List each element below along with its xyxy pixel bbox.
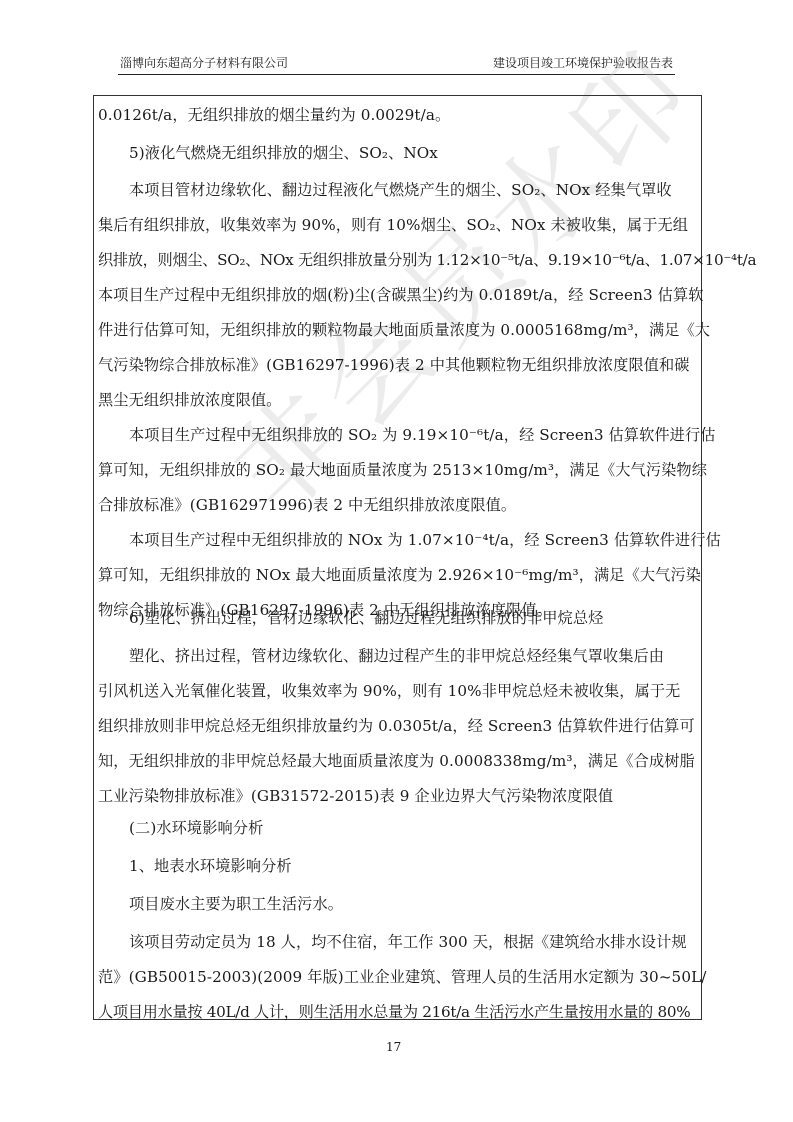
heading-lpg-combustion: 5)液化气燃烧无组织排放的烟尘、SO₂、NOx bbox=[98, 136, 698, 171]
paragraph-so2: 本项目生产过程中无组织排放的 SO₂ 为 9.19×10⁻⁶t/a，经 Scre… bbox=[98, 418, 698, 523]
heading-nmhc: 6)塑化、挤出过程，管材边缘软化、翻边过程无组织排放的非甲烷总烃 bbox=[98, 601, 698, 636]
section-heading: 6)塑化、挤出过程，管材边缘软化、翻边过程无组织排放的非甲烷总烃 bbox=[98, 601, 698, 636]
text-line: 组织排放则非甲烷总烃无组织排放量约为 0.0305t/a，经 Screen3 估… bbox=[98, 709, 698, 744]
text-line: 本项目生产过程中无组织排放的烟(粉)尘(含碳黑尘)约为 0.0189t/a，经 … bbox=[98, 278, 698, 313]
content-box: 0.0126t/a，无组织排放的烟尘量约为 0.0029t/a。 5)液化气燃烧… bbox=[93, 95, 702, 1020]
text-line: 知，无组织排放的非甲烷总烃最大地面质量浓度为 0.0008338mg/m³，满足… bbox=[98, 744, 698, 779]
text-line: 引风机送入光氧催化装置，收集效率为 90%，则有 10%非甲烷总烃未被收集，属于… bbox=[98, 674, 698, 709]
text-line: 人项目用水量按 40L/d 人计，则生活用水总量为 216t/a 生活污水产生量… bbox=[98, 995, 698, 1030]
paragraph-wastewater: 项目废水主要为职工生活污水。 bbox=[98, 887, 698, 922]
text-line: 工业污染物排放标准》(GB31572-2015)表 9 企业边界大气污染物浓度限… bbox=[98, 779, 698, 814]
section-heading: 1、地表水环境影响分析 bbox=[98, 849, 698, 884]
text-line: 算可知，无组织排放的 SO₂ 最大地面质量浓度为 2513×10mg/m³，满足… bbox=[98, 453, 698, 488]
text-line: 0.0126t/a，无组织排放的烟尘量约为 0.0029t/a。 bbox=[98, 98, 698, 133]
report-title: 建设项目竣工环境保护验收报告表 bbox=[493, 54, 673, 72]
section-heading: (二)水环境影响分析 bbox=[98, 811, 698, 846]
text-line: 件进行估算可知，无组织排放的颗粒物最大地面质量浓度为 0.0005168mg/m… bbox=[98, 313, 698, 348]
text-line: 算可知，无组织排放的 NOx 最大地面质量浓度为 2.926×10⁻⁶mg/m³… bbox=[98, 558, 698, 593]
text-line: 本项目管材边缘软化、翻边过程液化气燃烧产生的烟尘、SO₂、NOx 经集气罩收 bbox=[98, 173, 698, 208]
company-name: 淄博向东超高分子材料有限公司 bbox=[120, 54, 288, 72]
heading-surface-water: 1、地表水环境影响分析 bbox=[98, 849, 698, 884]
text-line: 本项目生产过程中无组织排放的 SO₂ 为 9.19×10⁻⁶t/a，经 Scre… bbox=[98, 418, 698, 453]
paragraph-lpg-emissions: 本项目管材边缘软化、翻边过程液化气燃烧产生的烟尘、SO₂、NOx 经集气罩收 集… bbox=[98, 173, 698, 418]
text-line: 黑尘无组织排放浓度限值。 bbox=[98, 383, 698, 418]
paragraph-nmhc: 塑化、挤出过程，管材边缘软化、翻边过程产生的非甲烷总烃经集气罩收集后由 引风机送… bbox=[98, 639, 698, 814]
text-line: 项目废水主要为职工生活污水。 bbox=[98, 887, 698, 922]
text-line: 本项目生产过程中无组织排放的 NOx 为 1.07×10⁻⁴t/a，经 Scre… bbox=[98, 523, 698, 558]
paragraph-water-usage: 该项目劳动定员为 18 人，均不住宿，年工作 300 天，根据《建筑给水排水设计… bbox=[98, 925, 698, 1030]
section-heading: 5)液化气燃烧无组织排放的烟尘、SO₂、NOx bbox=[98, 136, 698, 171]
text-line: 气污染物综合排放标准》(GB16297-1996)表 2 中其他颗粒物无组织排放… bbox=[98, 348, 698, 383]
text-line: 范》(GB50015-2003)(2009 年版)工业企业建筑、管理人员的生活用… bbox=[98, 960, 698, 995]
heading-water-environment: (二)水环境影响分析 bbox=[98, 811, 698, 846]
text-line: 织排放，则烟尘、SO₂、NOx 无组织排放量分别为 1.12×10⁻⁵t/a、9… bbox=[98, 243, 698, 278]
text-line: 该项目劳动定员为 18 人，均不住宿，年工作 300 天，根据《建筑给水排水设计… bbox=[98, 925, 698, 960]
paragraph-continuation: 0.0126t/a，无组织排放的烟尘量约为 0.0029t/a。 bbox=[98, 98, 698, 133]
page-number: 17 bbox=[386, 1040, 401, 1054]
text-line: 塑化、挤出过程，管材边缘软化、翻边过程产生的非甲烷总烃经集气罩收集后由 bbox=[98, 639, 698, 674]
text-line: 集后有组织排放，收集效率为 90%，则有 10%烟尘、SO₂、NOx 未被收集，… bbox=[98, 208, 698, 243]
page-header: 淄博向东超高分子材料有限公司 建设项目竣工环境保护验收报告表 bbox=[118, 54, 675, 75]
text-line: 合排放标准》(GB162971996)表 2 中无组织排放浓度限值。 bbox=[98, 488, 698, 523]
